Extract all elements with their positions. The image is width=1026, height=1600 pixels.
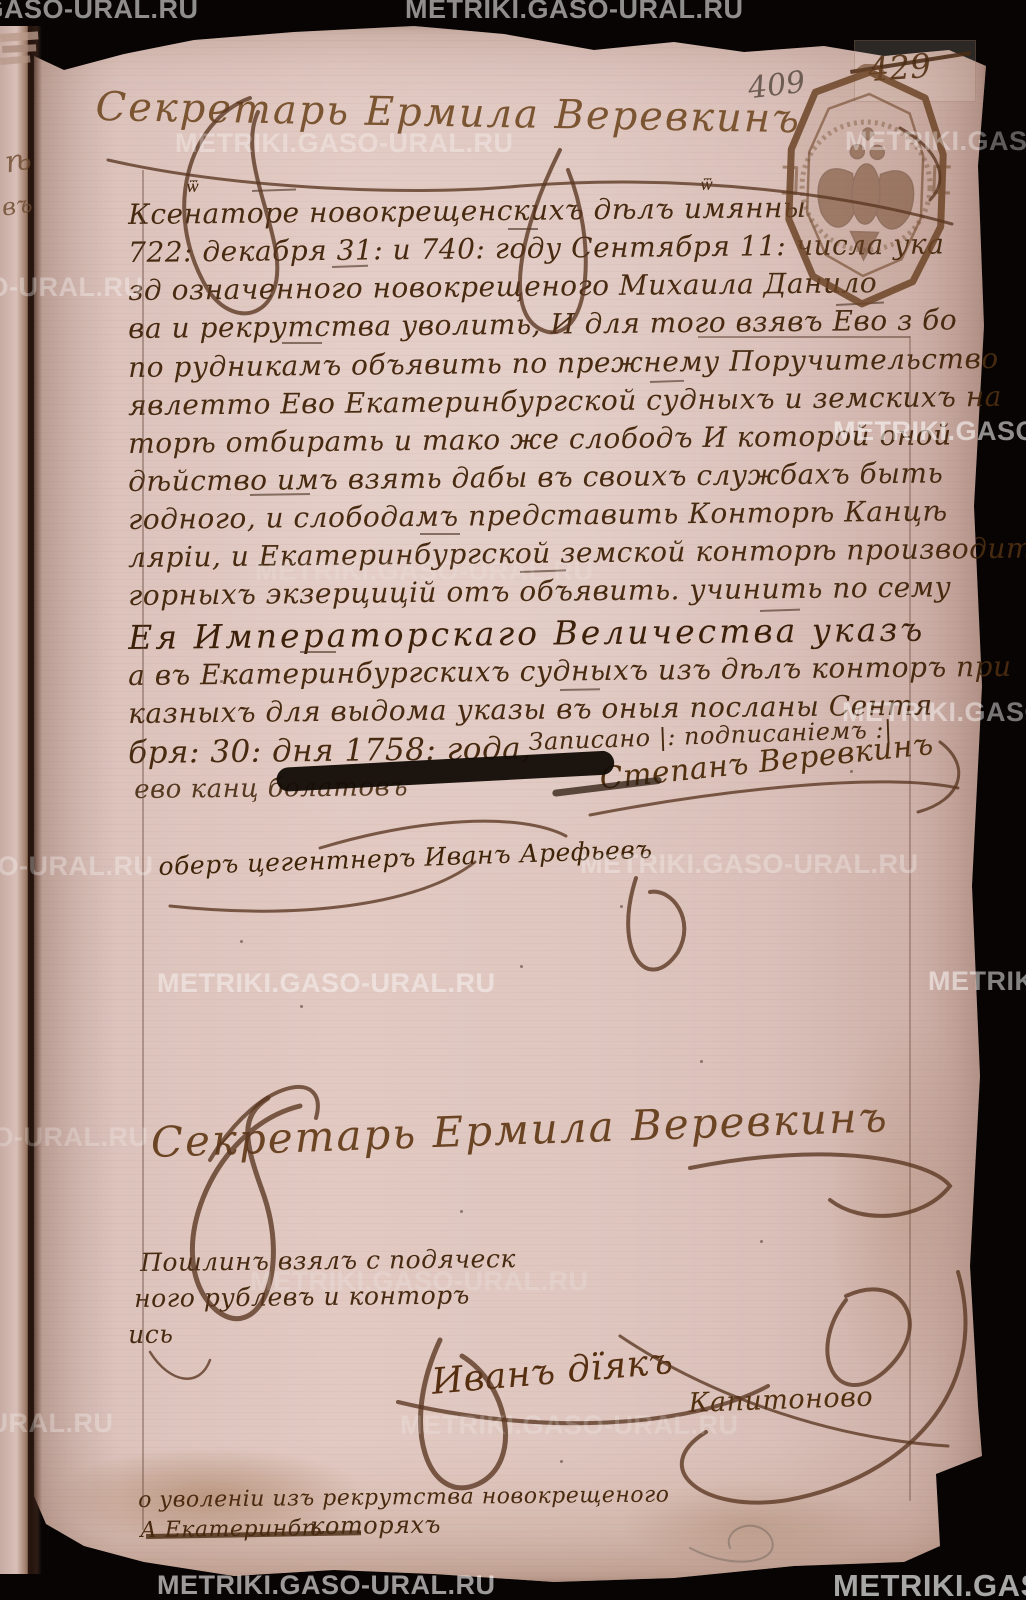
previous-page-edge (0, 26, 30, 1574)
folio-number-pencil: 409 (746, 65, 807, 107)
watermark-text: METRIKI.GASO-URAL.RU (833, 1568, 1026, 1600)
watermark-text: METRIKI.GASO-URAL.RU (0, 0, 198, 25)
manuscript-photo: 409 429 ѣвъСекретарь Ермила ВеревкинъѿѿК… (0, 0, 1026, 1600)
book-gutter-shadow (28, 26, 42, 1574)
folio-number-ink-struck: 429 (867, 46, 933, 89)
watermark-text: METRIKI.GASO-URAL.RU (405, 0, 743, 25)
manuscript-page (34, 26, 986, 1582)
